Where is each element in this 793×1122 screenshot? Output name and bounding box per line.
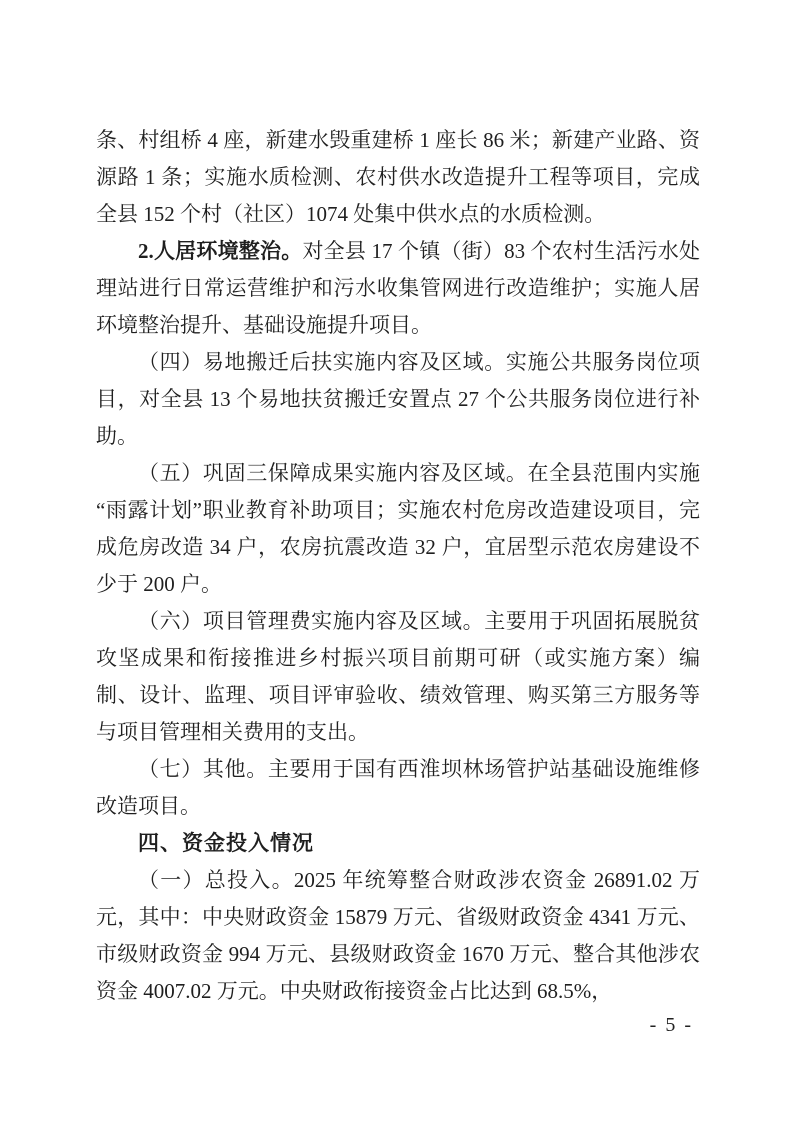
paragraph-management: （六）项目管理费实施内容及区域。主要用于巩固拓展脱贫攻坚成果和衔接推进乡村振兴项… <box>96 603 700 751</box>
paragraph-total-investment: （一）总投入。2025 年统筹整合财政涉农资金 26891.02 万元，其中：中… <box>96 862 700 1010</box>
paragraph-relocation: （四）易地搬迁后扶实施内容及区域。实施公共服务岗位项目，对全县 13 个易地扶贫… <box>96 344 700 455</box>
section-lead: （一）总投入。 <box>138 868 294 892</box>
paragraph-text: 条、村组桥 4 座，新建水毁重建桥 1 座长 86 米；新建产业路、资源路 1 … <box>96 128 700 226</box>
paragraph-bold-lead: 2.人居环境整治。 <box>138 239 302 263</box>
paragraph-environment: 2.人居环境整治。对全县 17 个镇（街）83 个农村生活污水处理站进行日常运营… <box>96 233 700 344</box>
page-number: - 5 - <box>650 1014 693 1037</box>
paragraph-continuation: 条、村组桥 4 座，新建水毁重建桥 1 座长 86 米；新建产业路、资源路 1 … <box>96 122 700 233</box>
section-lead: （五）巩固三保障成果实施内容及区域。 <box>138 461 528 485</box>
paragraph-other: （七）其他。主要用于国有西淮坝林场管护站基础设施维修改造项目。 <box>96 751 700 825</box>
heading-funding-section: 四、资金投入情况 <box>96 825 700 862</box>
section-lead: （七）其他。 <box>138 757 268 781</box>
document-page: 条、村组桥 4 座，新建水毁重建桥 1 座长 86 米；新建产业路、资源路 1 … <box>0 0 793 1122</box>
section-lead: （四）易地搬迁后扶实施内容及区域。 <box>138 350 506 374</box>
document-text-body: 条、村组桥 4 座，新建水毁重建桥 1 座长 86 米；新建产业路、资源路 1 … <box>96 122 700 1010</box>
paragraph-guarantee: （五）巩固三保障成果实施内容及区域。在全县范围内实施“雨露计划”职业教育补助项目… <box>96 455 700 603</box>
section-lead: （六）项目管理费实施内容及区域。 <box>138 609 484 633</box>
